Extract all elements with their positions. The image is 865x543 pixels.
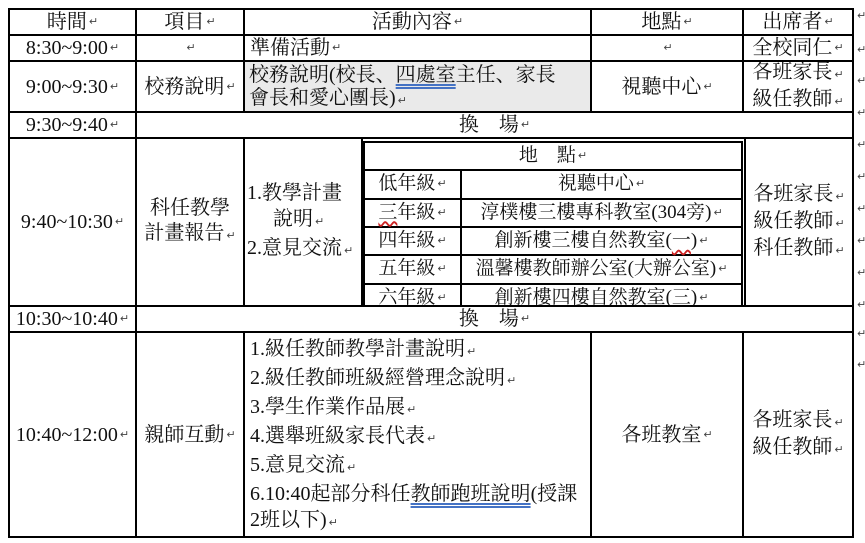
row-interaction: 10:40~12:00↵ 親師互動↵ 1.級任教師教學計畫說明↵ 2.級任教師班… <box>10 333 852 536</box>
paragraph-mark: ↵ <box>206 10 215 34</box>
time-cell: 8:30~9:00↵ <box>10 36 137 62</box>
time-cell: 10:40~12:00↵ <box>10 333 137 536</box>
paragraph-mark: ↵ <box>834 416 843 429</box>
grade-cell: 三年級↵ <box>365 200 462 226</box>
activity-location-merged-cell: 1.教學計畫 說明↵ 2.意見交流↵ 地 點↵ 低年級↵ 視聽中心↵ 三年級↵ … <box>245 139 746 307</box>
paragraph-mark: ↵ <box>683 10 692 34</box>
grade-cell: 六年級↵ <box>365 285 462 307</box>
paragraph-mark: ↵ <box>467 345 476 358</box>
item-cell: 科任教學 計畫報告↵ <box>137 139 245 307</box>
row-end-mark: ↵ <box>857 138 865 151</box>
nested-row-grade-4: 四年級↵ 創新樓三樓自然教室(一)↵ <box>365 228 741 256</box>
paragraph-mark: ↵ <box>835 190 844 203</box>
activity-list-item: 2.級任教師班級經營理念說明↵ <box>250 365 586 394</box>
nested-location-table: 地 點↵ 低年級↵ 視聽中心↵ 三年級↵ 淳樸樓三樓專科教室(304旁)↵ 四年… <box>363 141 743 307</box>
grade-location-cell: 視聽中心↵ <box>462 171 741 197</box>
paragraph-mark: ↵ <box>398 94 407 107</box>
location-cell: 視聽中心↵ <box>592 62 744 113</box>
blue-double-underlined-text: 四處室 <box>396 64 456 86</box>
paragraph-mark: ↵ <box>663 36 672 60</box>
changeover-merged-cell: 換 場↵ <box>137 307 852 333</box>
paragraph-mark: ↵ <box>699 286 708 307</box>
blue-double-underlined-text: 教師跑班說明 <box>411 483 531 505</box>
paragraph-mark: ↵ <box>110 36 119 60</box>
paragraph-mark: ↵ <box>120 423 129 447</box>
item-cell: 親師互動↵ <box>137 333 245 536</box>
activity-list-item-6: 6.10:40起部分科任教師跑班說明(授課2班以下)↵ <box>250 481 586 536</box>
paragraph-mark: ↵ <box>332 36 341 60</box>
paragraph-mark: ↵ <box>437 201 446 225</box>
changeover-merged-cell: 換 場↵ <box>137 113 852 139</box>
schedule-table: 時間↵ 項目↵ 活動內容↵ 地點↵ 出席者↵ 8:30~9:00↵ ↵ 準備活動… <box>8 8 854 538</box>
paragraph-mark: ↵ <box>713 201 722 225</box>
paragraph-mark: ↵ <box>521 307 530 331</box>
paragraph-mark: ↵ <box>507 374 516 387</box>
nested-header-row: 地 點↵ <box>365 143 741 171</box>
paragraph-mark: ↵ <box>344 244 353 257</box>
grade-location-cell: 創新樓四樓自然教室(三)↵ <box>462 285 741 307</box>
paragraph-mark: ↵ <box>834 36 843 60</box>
paragraph-mark: ↵ <box>315 215 324 228</box>
attendees-cell: 各班家長↵ 級任教師↵ 科任教師↵ <box>746 139 852 307</box>
red-wavy-underlined-text: 一 <box>672 229 691 253</box>
header-time: 時間↵ <box>10 10 137 36</box>
grade-location-cell: 淳樸樓三樓專科教室(304旁)↵ <box>462 200 741 226</box>
paragraph-mark: ↵ <box>226 423 235 447</box>
row-end-mark: ↵ <box>857 170 865 183</box>
paragraph-mark: ↵ <box>636 172 645 196</box>
row-end-mark: ↵ <box>857 358 865 371</box>
time-cell: 10:30~10:40↵ <box>10 307 137 333</box>
nested-location-title: 地 點↵ <box>365 143 741 169</box>
paragraph-mark: ↵ <box>115 210 124 234</box>
row-subject-report: 9:40~10:30↵ 科任教學 計畫報告↵ 1.教學計畫 說明↵ 2.意見交流… <box>10 139 852 307</box>
attendee-line: 級任教師↵ <box>752 87 843 114</box>
grade-location-cell: 溫馨樓教師辦公室(大辦公室)↵ <box>462 256 741 282</box>
activity-cell-shaded: 校務說明(校長、四處室主任、家長 會長和愛心團長)↵ <box>245 62 592 113</box>
activity-sublist: 1.教學計畫 說明↵ 2.意見交流↵ <box>245 139 363 305</box>
paragraph-mark: ↵ <box>89 10 98 34</box>
time-cell: 9:40~10:30↵ <box>10 139 137 307</box>
nested-row-grade-6: 六年級↵ 創新樓四樓自然教室(三)↵ <box>365 285 741 307</box>
paragraph-mark: ↵ <box>437 257 446 281</box>
paragraph-mark: ↵ <box>329 516 338 529</box>
paragraph-mark: ↵ <box>834 68 843 81</box>
paragraph-mark: ↵ <box>437 172 446 196</box>
header-activity: 活動內容↵ <box>245 10 592 36</box>
time-cell: 9:00~9:30↵ <box>10 62 137 113</box>
header-item: 項目↵ <box>137 10 245 36</box>
attendee-line: 級任教師↵ <box>752 435 843 462</box>
time-cell: 9:30~9:40↵ <box>10 113 137 139</box>
paragraph-mark: ↵ <box>578 144 587 168</box>
item-cell: 校務說明↵ <box>137 62 245 113</box>
activity-list-cell: 1.級任教師教學計畫說明↵ 2.級任教師班級經營理念說明↵ 3.學生作業作品展↵… <box>245 333 592 536</box>
paragraph-mark: ↵ <box>437 286 446 307</box>
row-school-briefing: 9:00~9:30↵ 校務說明↵ 校務說明(校長、四處室主任、家長 會長和愛心團… <box>10 62 852 113</box>
paragraph-mark: ↵ <box>186 36 195 60</box>
location-cell-empty: ↵ <box>592 36 744 62</box>
attendee-line: 各班家長↵ <box>753 182 844 209</box>
nested-row-grade-3: 三年級↵ 淳樸樓三樓專科教室(304旁)↵ <box>365 200 741 228</box>
row-end-mark: ↵ <box>857 43 865 56</box>
row-end-mark: ↵ <box>857 234 865 247</box>
paragraph-mark: ↵ <box>835 217 844 230</box>
paragraph-mark: ↵ <box>120 307 129 331</box>
attendees-cell: 各班家長↵ 級任教師↵ <box>744 333 852 536</box>
paragraph-mark: ↵ <box>834 443 843 456</box>
activity-cell: 準備活動↵ <box>245 36 592 62</box>
activity-list-item: 3.學生作業作品展↵ <box>250 394 586 423</box>
row-end-mark: ↵ <box>857 298 865 311</box>
row-end-mark: ↵ <box>857 327 865 340</box>
row-preparation: 8:30~9:00↵ ↵ 準備活動↵ ↵ 全校同仁↵ <box>10 36 852 62</box>
attendee-line: 各班家長↵ <box>752 408 843 435</box>
attendee-line: 級任教師↵ <box>753 209 844 236</box>
red-wavy-underlined-text: 三 <box>378 201 397 225</box>
attendee-line: 科任教師↵ <box>753 236 844 263</box>
row-end-mark: ↵ <box>857 9 865 22</box>
row-end-mark: ↵ <box>857 266 865 279</box>
paragraph-mark: ↵ <box>427 432 436 445</box>
paragraph-mark: ↵ <box>834 95 843 108</box>
paragraph-mark: ↵ <box>699 229 708 253</box>
document-page: 時間↵ 項目↵ 活動內容↵ 地點↵ 出席者↵ 8:30~9:00↵ ↵ 準備活動… <box>0 0 865 543</box>
paragraph-mark: ↵ <box>226 75 235 99</box>
briefing-line-1: 校務說明(校長、四處室主任、家長 <box>249 64 580 87</box>
activity-list-item: 1.級任教師教學計畫說明↵ <box>250 336 586 365</box>
attendee-line: 各班家長↵ <box>752 62 843 87</box>
grade-cell: 五年級↵ <box>365 256 462 282</box>
activity-list-item: 4.選舉班級家長代表↵ <box>250 423 586 452</box>
activity-list-item: 5.意見交流↵ <box>250 452 586 481</box>
paragraph-mark: ↵ <box>226 229 235 242</box>
row-changeover-1: 9:30~9:40↵ 換 場↵ <box>10 113 852 139</box>
paragraph-mark: ↵ <box>521 113 530 137</box>
nested-row-lower-grades: 低年級↵ 視聽中心↵ <box>365 171 741 199</box>
attendees-cell: 各班家長↵ 級任教師↵ <box>744 62 852 113</box>
paragraph-mark: ↵ <box>703 75 712 99</box>
grade-cell: 四年級↵ <box>365 228 462 254</box>
row-end-mark: ↵ <box>857 202 865 215</box>
paragraph-mark: ↵ <box>703 423 712 447</box>
paragraph-mark: ↵ <box>347 461 356 474</box>
paragraph-mark: ↵ <box>824 10 833 34</box>
paragraph-mark: ↵ <box>407 403 416 416</box>
paragraph-mark: ↵ <box>110 113 119 137</box>
table-header-row: 時間↵ 項目↵ 活動內容↵ 地點↵ 出席者↵ <box>10 10 852 36</box>
item-cell-empty: ↵ <box>137 36 245 62</box>
paragraph-mark: ↵ <box>835 244 844 257</box>
nested-row-grade-5: 五年級↵ 溫馨樓教師辦公室(大辦公室)↵ <box>365 256 741 284</box>
briefing-line-2: 會長和愛心團長)↵ <box>249 87 580 112</box>
paragraph-mark: ↵ <box>454 10 463 34</box>
row-end-mark: ↵ <box>857 74 865 87</box>
row-changeover-2: 10:30~10:40↵ 換 場↵ <box>10 307 852 333</box>
header-location: 地點↵ <box>592 10 744 36</box>
grade-cell: 低年級↵ <box>365 171 462 197</box>
grade-location-cell: 創新樓三樓自然教室(一)↵ <box>462 228 741 254</box>
paragraph-mark: ↵ <box>110 75 119 99</box>
location-cell: 各班教室↵ <box>592 333 744 536</box>
row-end-mark: ↵ <box>857 106 865 119</box>
attendees-cell: 全校同仁↵ <box>744 36 852 62</box>
paragraph-mark: ↵ <box>437 229 446 253</box>
paragraph-mark: ↵ <box>718 257 727 281</box>
header-attendees: 出席者↵ <box>744 10 852 36</box>
